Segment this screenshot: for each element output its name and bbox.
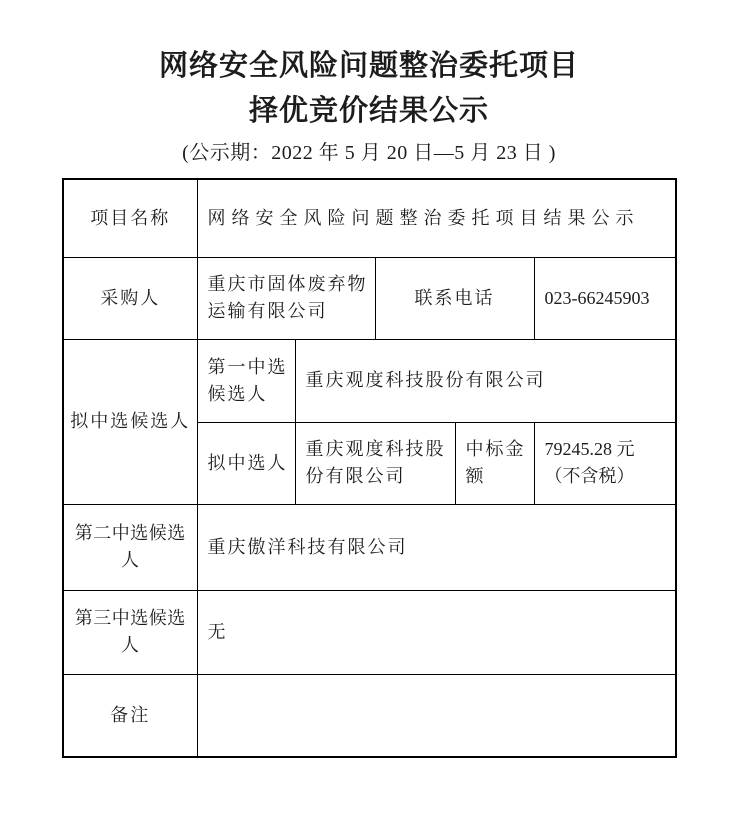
bid-amount-label-cell: 中标金额: [455, 422, 534, 504]
second-candidate-value: 重庆傲洋科技有限公司: [208, 537, 408, 557]
contact-phone-label-cell: 联系电话: [375, 257, 534, 339]
project-name-label-cell: 项目名称: [63, 179, 197, 257]
project-name-value-cell: 网络安全风险问题整治委托项目结果公示: [197, 179, 676, 257]
purchaser-value-cell: 重庆市固体废弃物运输有限公司: [197, 257, 375, 339]
proposed-winner-value-cell: 重庆观度科技股份有限公司: [295, 422, 455, 504]
proposed-winner-label: 拟中选人: [208, 453, 288, 473]
second-candidate-value-cell: 重庆傲洋科技有限公司: [197, 504, 676, 590]
purchaser-value: 重庆市固体废弃物运输有限公司: [208, 274, 368, 321]
third-candidate-value-cell: 无: [197, 590, 676, 674]
first-candidate-value: 重庆观度科技股份有限公司: [306, 370, 546, 390]
third-candidate-label: 第三中选候选人: [75, 608, 186, 655]
first-candidate-label: 第一中选候选人: [208, 357, 288, 404]
proposed-winner-label-cell: 拟中选人: [197, 422, 295, 504]
result-table: 项目名称 网络安全风险问题整治委托项目结果公示 采购人 重庆市固体废弃物运输有限…: [62, 178, 677, 758]
remarks-label-cell: 备注: [63, 674, 197, 757]
third-candidate-label-cell: 第三中选候选人: [63, 590, 197, 674]
proposed-winner-value: 重庆观度科技股份有限公司: [306, 439, 446, 486]
remarks-row: 备注: [63, 674, 676, 757]
bid-result-notice-document: 网络安全风险问题整治委托项目 择优竞价结果公示 (公示期：2022 年 5 月 …: [0, 0, 738, 821]
first-candidate-label-cell: 第一中选候选人: [197, 339, 295, 422]
document-title: 网络安全风险问题整治委托项目 择优竞价结果公示: [0, 44, 738, 134]
purchaser-label: 采购人: [100, 288, 160, 308]
first-candidate-value-cell: 重庆观度科技股份有限公司: [295, 339, 676, 422]
project-name-label: 项目名称: [90, 208, 170, 228]
second-candidate-label-cell: 第二中选候选人: [63, 504, 197, 590]
project-name-row: 项目名称 网络安全风险问题整治委托项目结果公示: [63, 179, 676, 257]
bid-amount-value-line2: （不含税）: [545, 466, 635, 486]
purchaser-label-cell: 采购人: [63, 257, 197, 339]
third-candidate-row: 第三中选候选人 无: [63, 590, 676, 674]
second-candidate-label: 第二中选候选人: [75, 523, 186, 570]
publicity-period: (公示期：2022 年 5 月 20 日—5 月 23 日 ): [0, 140, 738, 166]
bid-amount-label: 中标金额: [466, 439, 526, 486]
candidates-group-label: 拟中选候选人: [70, 411, 190, 431]
bid-amount-value-line1: 79245.28 元: [545, 439, 635, 459]
contact-phone-label: 联系电话: [415, 288, 495, 308]
remarks-label: 备注: [110, 705, 150, 725]
purchaser-row: 采购人 重庆市固体废弃物运输有限公司 联系电话 023-66245903: [63, 257, 676, 339]
title-line-2: 择优竞价结果公示: [0, 89, 738, 134]
contact-phone-value: 023-66245903: [545, 288, 650, 308]
project-name-value: 网络安全风险问题整治委托项目结果公示: [208, 208, 640, 228]
candidates-group-label-cell: 拟中选候选人: [63, 339, 197, 504]
first-candidate-row: 拟中选候选人 第一中选候选人 重庆观度科技股份有限公司: [63, 339, 676, 422]
third-candidate-value: 无: [208, 622, 228, 642]
second-candidate-row: 第二中选候选人 重庆傲洋科技有限公司: [63, 504, 676, 590]
contact-phone-value-cell: 023-66245903: [534, 257, 676, 339]
remarks-value-cell: [197, 674, 676, 757]
title-line-1: 网络安全风险问题整治委托项目: [0, 44, 738, 89]
bid-amount-value-cell: 79245.28 元 （不含税）: [534, 422, 676, 504]
